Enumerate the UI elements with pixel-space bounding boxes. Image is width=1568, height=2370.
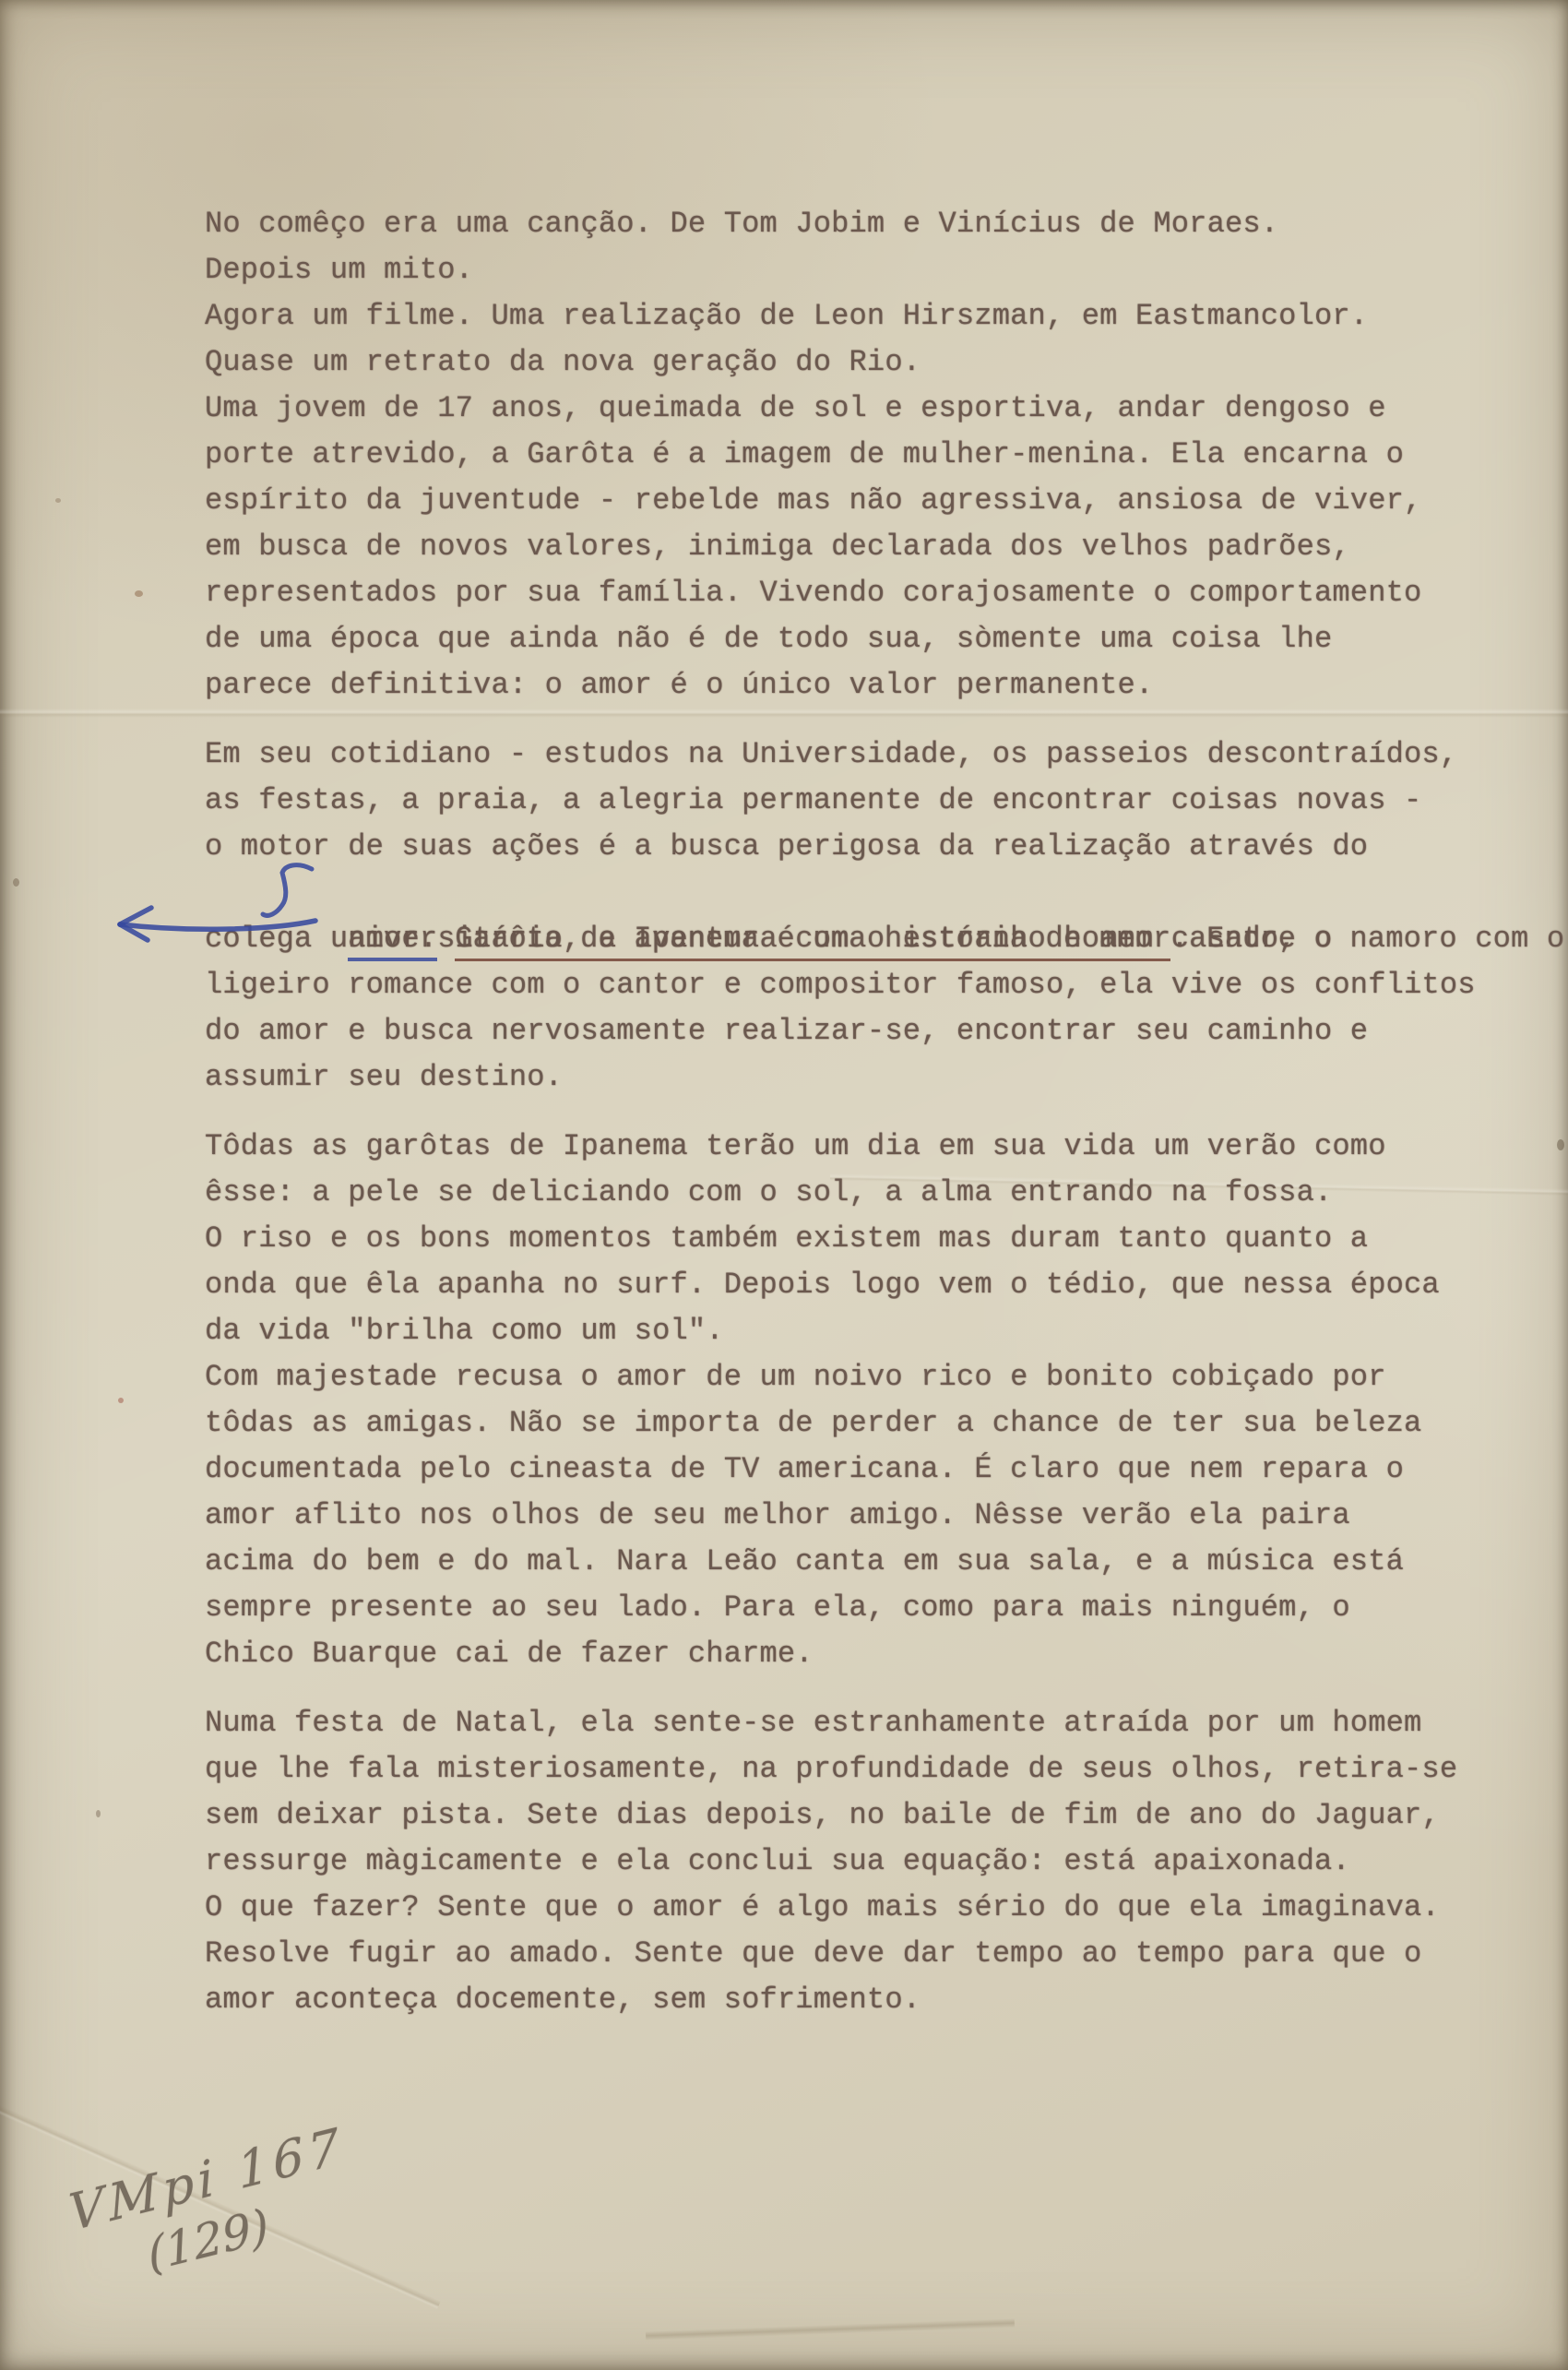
typed-line-with-annotation: amor.Garôta de Ipanema é uma história de… <box>205 870 1564 916</box>
typed-line: sem deixar pista. Sete dias depois, no b… <box>205 1792 1564 1839</box>
typed-line: O riso e os bons momentos também existem… <box>205 1216 1564 1262</box>
typed-line: ligeiro romance com o cantor e composito… <box>205 962 1564 1008</box>
typed-line: amor aconteça docemente, sem sofrimento. <box>205 1977 1564 2023</box>
typed-line: onda que êla apanha no surf. Depois logo… <box>205 1262 1564 1308</box>
typed-line: Com majestade recusa o amor de um noivo … <box>205 1354 1564 1400</box>
typed-text: No comêço era uma canção. De Tom Jobim e… <box>205 201 1564 2023</box>
typed-line: do amor e busca nervosamente realizar-se… <box>205 1008 1564 1054</box>
typed-line: sempre presente ao seu lado. Para ela, c… <box>205 1585 1564 1631</box>
typed-line: Agora um filme. Uma realização de Leon H… <box>205 293 1564 339</box>
typed-line: Chico Buarque cai de fazer charme. <box>205 1631 1564 1677</box>
typed-line: as festas, a praia, a alegria permanente… <box>205 778 1564 824</box>
typed-line: documentada pelo cineasta de TV american… <box>205 1447 1564 1493</box>
typed-line: acima do bem e do mal. Nara Leão canta e… <box>205 1539 1564 1585</box>
typed-line: representados por sua família. Vivendo c… <box>205 570 1564 616</box>
typed-line: Em seu cotidiano - estudos na Universida… <box>205 732 1564 778</box>
typed-line: assumir seu destino. <box>205 1054 1564 1101</box>
typed-line: amor aflito nos olhos de seu melhor amig… <box>205 1493 1564 1539</box>
paragraph-cotidiano: Em seu cotidiano - estudos na Universida… <box>205 732 1564 1101</box>
typed-line: tôdas as amigas. Não se importa de perde… <box>205 1400 1564 1447</box>
typed-line: que lhe fala misteriosamente, na profund… <box>205 1746 1564 1792</box>
typed-line: Numa festa de Natal, ela sente-se estran… <box>205 1700 1564 1746</box>
typed-line: parece definitiva: o amor é o único valo… <box>205 662 1564 709</box>
paper-crease <box>646 2318 1015 2340</box>
typed-line: em busca de novos valores, inimiga decla… <box>205 524 1564 570</box>
typed-line: ressurge màgicamente e ela conclui sua e… <box>205 1839 1564 1885</box>
typed-line: O que fazer? Sente que o amor é algo mai… <box>205 1885 1564 1931</box>
typed-line: espírito da juventude - rebelde mas não … <box>205 478 1564 524</box>
typed-line: porte atrevido, a Garôta é a imagem de m… <box>205 432 1564 478</box>
paper-stain <box>135 590 143 597</box>
typed-line: êsse: a pele se deliciando com o sol, a … <box>205 1170 1564 1216</box>
typed-line: No comêço era uma canção. De Tom Jobim e… <box>205 201 1564 247</box>
paragraph-natal: Numa festa de Natal, ela sente-se estran… <box>205 1700 1564 2023</box>
handwritten-note: VMpi 167 (129) <box>62 2117 364 2297</box>
paragraph-verao: Tôdas as garôtas de Ipanema terão um dia… <box>205 1124 1564 1677</box>
typed-line: Tôdas as garôtas de Ipanema terão um dia… <box>205 1124 1564 1170</box>
typewritten-page: No comêço era uma canção. De Tom Jobim e… <box>0 0 1568 2370</box>
intro-and-first-paragraph: No comêço era uma canção. De Tom Jobim e… <box>205 201 1564 709</box>
typed-line: Depois um mito. <box>205 247 1564 293</box>
typed-line: Uma jovem de 17 anos, queimada de sol e … <box>205 386 1564 432</box>
typed-line: o motor de suas ações é a busca perigosa… <box>205 824 1564 870</box>
paper-stain <box>118 1398 124 1403</box>
typed-line: Resolve fugir ao amado. Sente que deve d… <box>205 1931 1564 1977</box>
paper-stain <box>13 878 19 887</box>
paper-stain <box>55 498 61 503</box>
typed-line: de uma época que ainda não é de todo sua… <box>205 616 1564 662</box>
typed-line: Quase um retrato da nova geração do Rio. <box>205 339 1564 386</box>
typed-line: da vida "brilha como um sol". <box>205 1308 1564 1354</box>
paper-stain <box>96 1810 101 1817</box>
